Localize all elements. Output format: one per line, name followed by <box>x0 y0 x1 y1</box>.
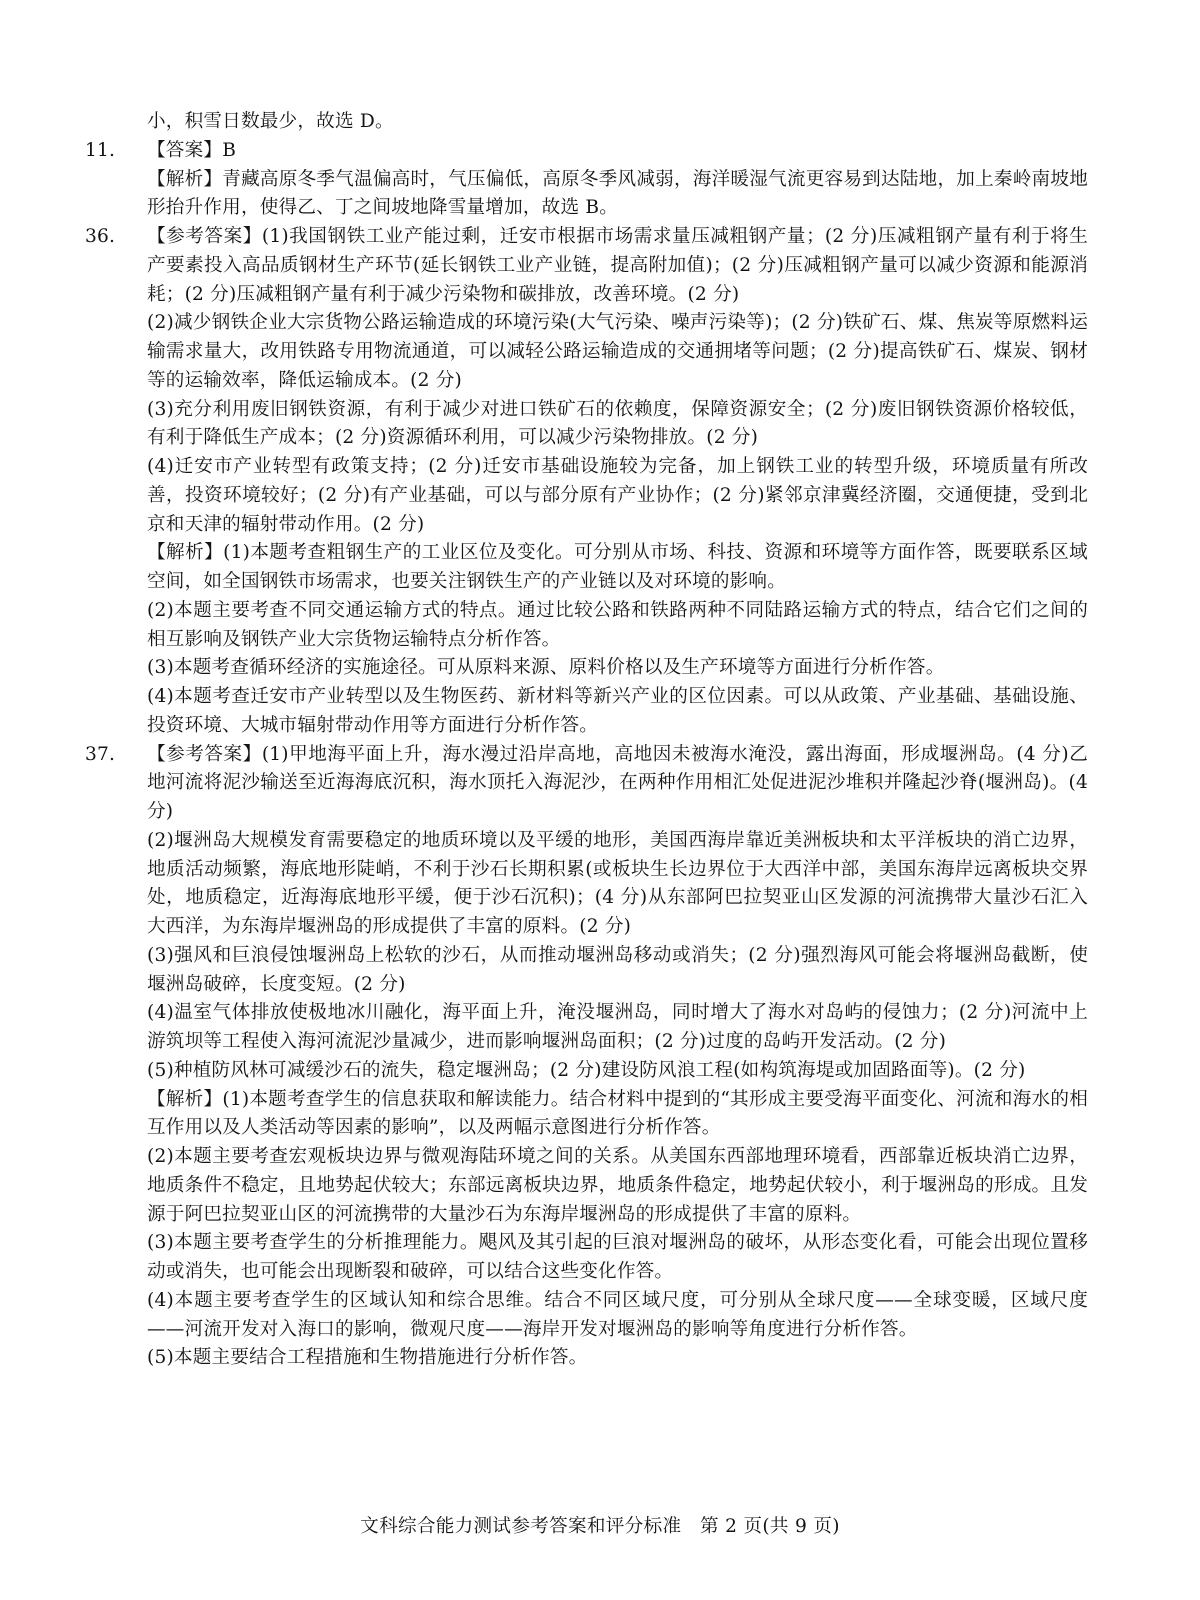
q37-answer-tag: 【参考答案】 <box>147 744 262 765</box>
q11-analysis: 【解析】青藏高原冬季气温偏高时，气压偏低，高原冬季风减弱，海洋暖湿气流更容易到达… <box>116 166 1088 224</box>
q36-analysis-2: (2)本题主要考查不同交通运输方式的特点。通过比较公路和铁路两种不同陆路运输方式… <box>116 597 1088 655</box>
q36-analysis-tag: 【解析】 <box>147 542 223 563</box>
q37-analysis-tag: 【解析】 <box>147 1089 222 1110</box>
q36-analysis-4: (4)本题考查迁安市产业转型以及生物医药、新材料等新兴产业的区位因素。可以从政策… <box>116 683 1088 741</box>
q36-answer-2: (2)减少钢铁企业大宗货物公路运输造成的环境污染(大气污染、噪声污染等)；(2 … <box>116 309 1088 395</box>
q37-answer-2: (2)堰洲岛大规模发育需要稳定的地质环境以及平缓的地形，美国西海岸靠近美洲板块和… <box>116 827 1088 942</box>
q11-answer-line: 11.【答案】B <box>116 137 1088 166</box>
q36-answer-4: (4)迁安市产业转型有政策支持；(2 分)迁安市基础设施较为完备，加上钢铁工业的… <box>116 453 1088 539</box>
q37-analysis-5: (5)本题主要结合工程措施和生物措施进行分析作答。 <box>116 1344 1088 1373</box>
q11-answer-tag: 【答案】 <box>147 140 222 161</box>
q36-answer-3: (3)充分利用废旧钢铁资源，有利于减少对进口铁矿石的依赖度，保障资源安全；(2 … <box>116 396 1088 454</box>
footer-title: 文科综合能力测试参考答案和评分标准 <box>360 1516 681 1537</box>
q37-analysis-1: 【解析】(1)本题考查学生的信息获取和解读能力。结合材料中提到的“其形成主要受海… <box>116 1086 1088 1144</box>
q37-answer-1: 37.【参考答案】(1)甲地海平面上升，海水漫过沿岸高地，高地因未被海水淹没，露… <box>116 741 1088 827</box>
q37-answer-1-text: (1)甲地海平面上升，海水漫过沿岸高地，高地因未被海水淹没，露出海面，形成堰洲岛… <box>147 744 1088 823</box>
question-37: 37.【参考答案】(1)甲地海平面上升，海水漫过沿岸高地，高地因未被海水淹没，露… <box>116 741 1088 1374</box>
q36-analysis-3: (3)本题考查循环经济的实施途径。可从原料来源、原料价格以及生产环境等方面进行分… <box>116 654 1088 683</box>
q11-analysis-text: 青藏高原冬季气温偏高时，气压偏低，高原冬季风减弱，海洋暖湿气流更容易到达陆地，加… <box>147 169 1088 219</box>
q36-answer-1: 36.【参考答案】(1)我国钢铁工业产能过剩，迁安市根据市场需求量压减粗钢产量；… <box>116 223 1088 309</box>
q11-analysis-tag: 【解析】 <box>147 169 222 190</box>
footer-page-number: 第 2 页(共 9 页) <box>700 1516 840 1537</box>
q11-answer: B <box>222 140 236 161</box>
q37-answer-3: (3)强风和巨浪侵蚀堰洲岛上松软的沙石，从而推动堰洲岛移动或消失；(2 分)强烈… <box>116 942 1088 1000</box>
q36-answer-1-text: (1)我国钢铁工业产能过剩，迁安市根据市场需求量压减粗钢产量；(2 分)压减粗钢… <box>147 226 1088 305</box>
q11-number: 11. <box>85 137 115 166</box>
q36-analysis-1: 【解析】(1)本题考查粗钢生产的工业区位及变化。可分别从市场、科技、资源和环境等… <box>116 539 1088 597</box>
page-footer: 文科综合能力测试参考答案和评分标准 第 2 页(共 9 页) <box>0 1512 1200 1538</box>
q37-answer-5: (5)种植防风林可减缓沙石的流失，稳定堰洲岛；(2 分)建设防风浪工程(如构筑海… <box>116 1057 1088 1086</box>
q37-analysis-4: (4)本题主要考查学生的区域认知和综合思维。结合不同区域尺度，可分别从全球尺度—… <box>116 1287 1088 1345</box>
continuation-line: 小，积雪日数最少，故选 D。 <box>116 108 1088 137</box>
question-11: 11.【答案】B 【解析】青藏高原冬季气温偏高时，气压偏低，高原冬季风减弱，海洋… <box>116 137 1088 223</box>
question-36: 36.【参考答案】(1)我国钢铁工业产能过剩，迁安市根据市场需求量压减粗钢产量；… <box>116 223 1088 741</box>
q37-number: 37. <box>85 741 115 770</box>
q37-analysis-2: (2)本题主要考查宏观板块边界与微观海陆环境之间的关系。从美国东西部地理环境看，… <box>116 1143 1088 1229</box>
q37-answer-4: (4)温室气体排放使极地冰川融化，海平面上升，淹没堰洲岛，同时增大了海水对岛屿的… <box>116 999 1088 1057</box>
q37-analysis-1-text: (1)本题考查学生的信息获取和解读能力。结合材料中提到的“其形成主要受海平面变化… <box>147 1089 1088 1139</box>
q37-analysis-3: (3)本题主要考查学生的分析推理能力。飓风及其引起的巨浪对堰洲岛的破坏，从形态变… <box>116 1229 1088 1287</box>
document-page: 小，积雪日数最少，故选 D。 11.【答案】B 【解析】青藏高原冬季气温偏高时，… <box>0 0 1200 1600</box>
q36-analysis-1-text: (1)本题考查粗钢生产的工业区位及变化。可分别从市场、科技、资源和环境等方面作答… <box>147 542 1088 592</box>
q36-number: 36. <box>85 223 115 252</box>
document-body: 小，积雪日数最少，故选 D。 11.【答案】B 【解析】青藏高原冬季气温偏高时，… <box>116 108 1088 1373</box>
q36-answer-tag: 【参考答案】 <box>147 226 262 247</box>
